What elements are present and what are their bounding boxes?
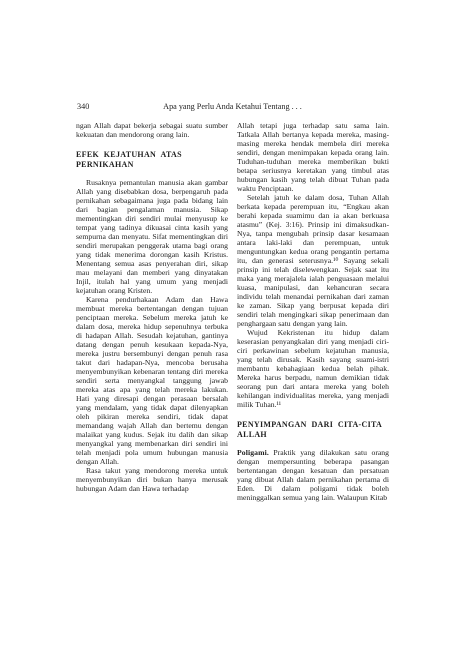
book-page: 340 Apa yang Perlu Anda Ketahui Tentang … bbox=[0, 0, 460, 650]
paragraph: Allah tetapi juga terhadap satu sama lai… bbox=[237, 121, 389, 193]
column-right: Allah tetapi juga terhadap satu sama lai… bbox=[237, 121, 389, 502]
text-columns: ngan Allah dapat bekerja sebagai suatu s… bbox=[76, 121, 389, 502]
paragraph-lead: Poligami. bbox=[237, 448, 269, 457]
paragraph: Karena pendurhakaan Adam dan Hawa membua… bbox=[76, 295, 228, 466]
paragraph: ngan Allah dapat bekerja sebagai suatu s… bbox=[76, 121, 228, 139]
running-head: Apa yang Perlu Anda Ketahui Tentang . . … bbox=[76, 102, 389, 112]
paragraph: Setelah jatuh ke dalam dosa, Tuhan Allah… bbox=[237, 193, 389, 328]
paragraph: Rusaknya pemantulan manusia akan gambar … bbox=[76, 178, 228, 295]
paragraph: Wujud Kekristenan itu hidup dalam kesera… bbox=[237, 328, 389, 409]
section-heading: PENYIMPANGAN DARI CITA-CITA ALLAH bbox=[237, 420, 389, 439]
column-left: ngan Allah dapat bekerja sebagai suatu s… bbox=[76, 121, 228, 502]
paragraph: Rasa takut yang mendorong mereka untuk m… bbox=[76, 466, 228, 493]
section-heading: EFEK KEJATUHAN ATAS PERNIKAHAN bbox=[76, 150, 228, 169]
page-header: 340 Apa yang Perlu Anda Ketahui Tentang … bbox=[76, 102, 389, 114]
paragraph: Poligami. Praktik yang dilakukan satu or… bbox=[237, 448, 389, 502]
